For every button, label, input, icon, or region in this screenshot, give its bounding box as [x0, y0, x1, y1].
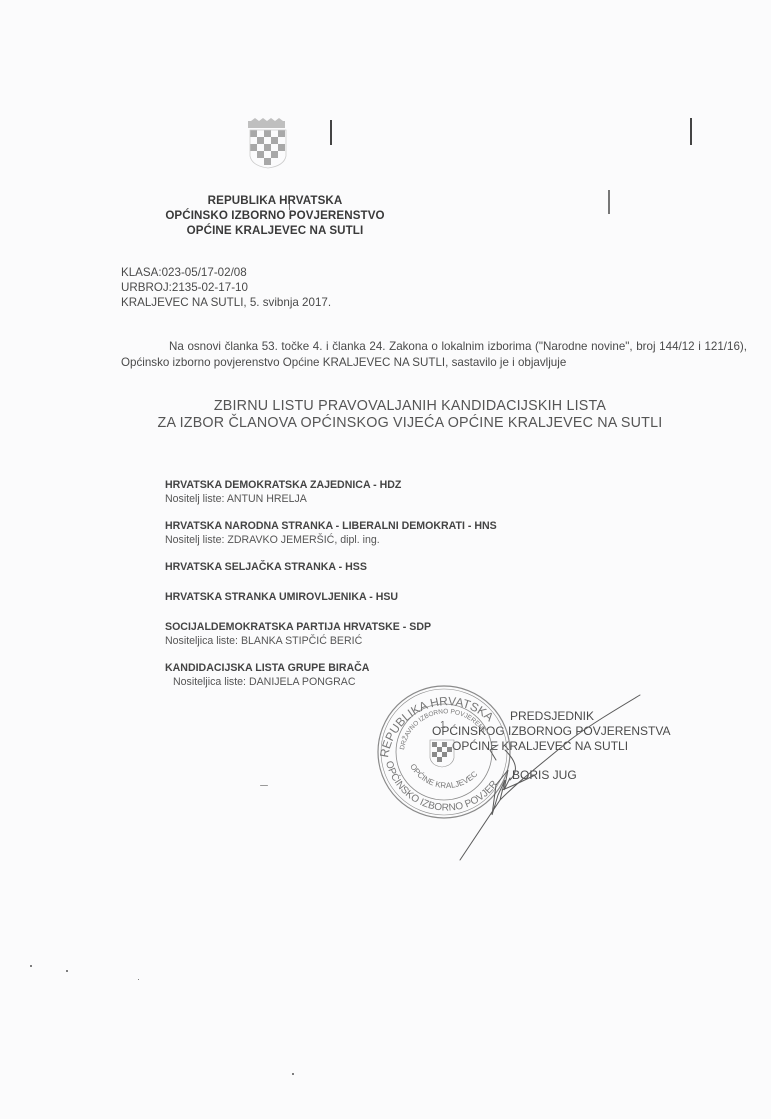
place-date: KRALJEVEC NA SUTLI, 5. svibnja 2017.	[121, 295, 331, 310]
list-item: HRVATSKA NARODNA STRANKA - LIBERALNI DEM…	[165, 519, 585, 547]
scan-speck	[66, 970, 68, 972]
klasa: KLASA:023-05/17-02/08	[121, 265, 331, 280]
issuing-authority-header: REPUBLIKA HRVATSKA OPĆINSKO IZBORNO POVJ…	[140, 193, 410, 238]
scan-speck	[292, 1073, 294, 1075]
header-line-2: OPĆINSKO IZBORNO POVJERENSTVO	[140, 208, 410, 223]
scan-speck	[138, 979, 139, 980]
urbroj: URBROJ:2135-02-17-10	[121, 280, 331, 295]
party-name: HRVATSKA NARODNA STRANKA - LIBERALNI DEM…	[165, 519, 585, 533]
title-line-1: ZBIRNU LISTU PRAVOVALJANIH KANDIDACIJSKI…	[130, 398, 690, 415]
title-line-2: ZA IZBOR ČLANOVA OPĆINSKOG VIJEĆA OPĆINE…	[130, 415, 690, 432]
party-name: SOCIJALDEMOKRATSKA PARTIJA HRVATSKE - SD…	[165, 620, 585, 634]
scan-speck	[260, 785, 268, 786]
list-item: SOCIJALDEMOKRATSKA PARTIJA HRVATSKE - SD…	[165, 620, 585, 648]
stamp-outer-top: REPUBLIKA HRVATSKA	[370, 680, 508, 683]
party-name: HRVATSKA STRANKA UMIROVLJENIKA - HSU	[165, 590, 585, 604]
intro-paragraph: Na osnovi članka 53. točke 4. i članka 2…	[121, 339, 747, 371]
candidate-lists: HRVATSKA DEMOKRATSKA ZAJEDNICA - HDZ Nos…	[165, 478, 585, 702]
header-line-3: OPĆINE KRALJEVEC NA SUTLI	[140, 223, 410, 238]
document-page: REPUBLIKA HRVATSKA OPĆINSKO IZBORNO POVJ…	[0, 0, 771, 1119]
list-holder: Nositelj liste: ANTUN HRELJA	[165, 492, 585, 506]
list-item: HRVATSKA DEMOKRATSKA ZAJEDNICA - HDZ Nos…	[165, 478, 585, 506]
party-name: KANDIDACIJSKA LISTA GRUPE BIRAČA	[165, 661, 585, 675]
party-name: HRVATSKA SELJAČKA STRANKA - HSS	[165, 560, 585, 574]
document-references: KLASA:023-05/17-02/08 URBROJ:2135-02-17-…	[121, 265, 331, 310]
scan-mark	[608, 190, 610, 214]
scan-mark	[330, 120, 332, 145]
scan-speck	[30, 965, 32, 967]
list-holder: Nositelj liste: ZDRAVKO JEMERŠIĆ, dipl. …	[165, 533, 585, 547]
list-item: HRVATSKA SELJAČKA STRANKA - HSS	[165, 560, 585, 574]
coat-of-arms-icon	[248, 117, 288, 169]
official-seal-icon: REPUBLIKA HRVATSKA REPUBLIKA HRVATSKA OP…	[370, 680, 520, 820]
list-item: HRVATSKA STRANKA UMIROVLJENIKA - HSU	[165, 590, 585, 604]
header-line-1: REPUBLIKA HRVATSKA	[140, 193, 410, 208]
party-name: HRVATSKA DEMOKRATSKA ZAJEDNICA - HDZ	[165, 478, 585, 492]
stamp-number: 1	[440, 720, 446, 731]
svg-text:DRŽAVNO IZBORNO POVJERENSTVO: DRŽAVNO IZBORNO POVJERENSTVO	[370, 680, 487, 750]
scan-speck	[266, 200, 267, 201]
document-title: ZBIRNU LISTU PRAVOVALJANIH KANDIDACIJSKI…	[130, 398, 690, 432]
scan-mark	[690, 118, 692, 145]
list-holder: Nositeljica liste: BLANKA STIPČIĆ BERIĆ	[165, 634, 585, 648]
